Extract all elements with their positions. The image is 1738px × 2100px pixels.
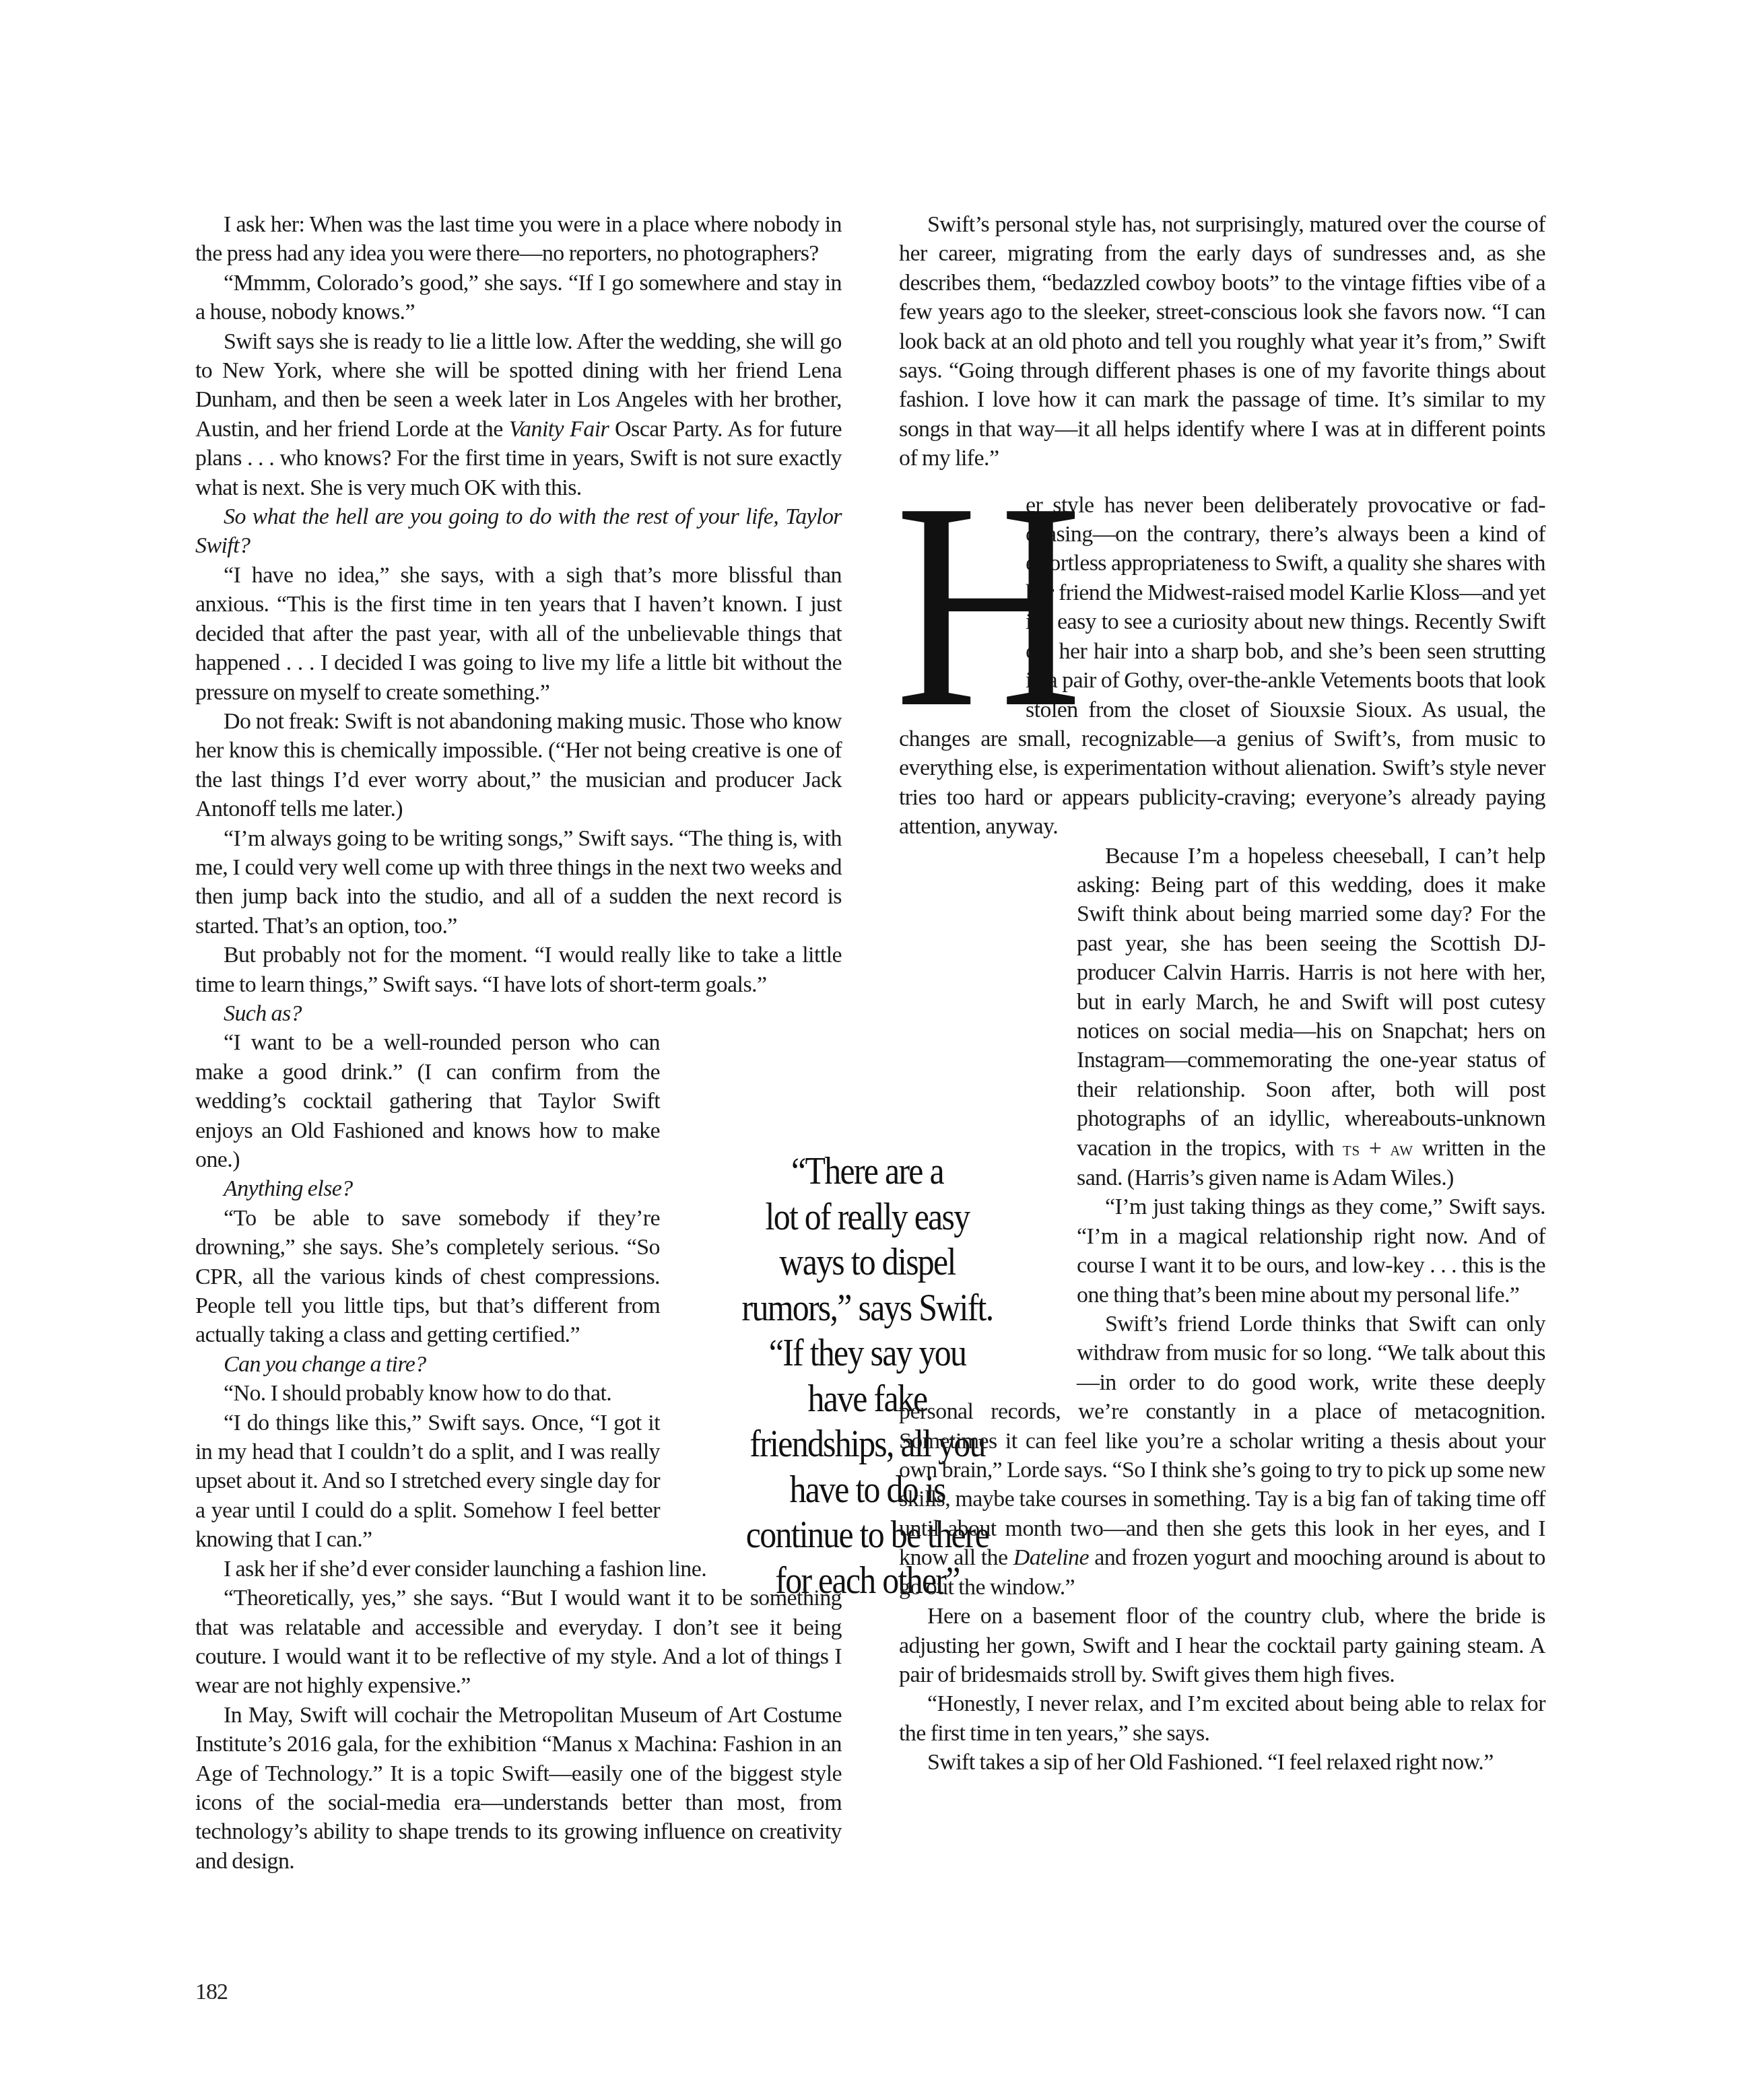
right-article-column: Swift’s personal style has, not surprisi… (899, 210, 1545, 1777)
drop-cap-paragraph: Her style has never been deliberately pr… (899, 491, 1545, 842)
paragraph: Do not freak: Swift is not abandoning ma… (195, 707, 842, 824)
closing-paragraph: Swift takes a sip of her Old Fashioned. … (899, 1748, 1545, 1777)
drop-cap-letter: H (895, 495, 1003, 722)
interviewer-question: Such as? (195, 999, 842, 1028)
paragraph: In May, Swift will cochair the Metropoli… (195, 1701, 842, 1876)
left-article-column: I ask her: When was the last time you we… (195, 210, 842, 1876)
interviewer-question: So what the hell are you going to do wit… (195, 502, 842, 561)
paragraph: “Mmmm, Colorado’s good,” she says. “If I… (195, 269, 842, 327)
paragraph: But probably not for the moment. “I woul… (195, 941, 842, 999)
paragraph: “I have no idea,” she says, with a sigh … (195, 561, 842, 707)
show-title: Dateline (1013, 1545, 1089, 1570)
initials: ts (1343, 1137, 1360, 1160)
publication-title: Vanity Fair (509, 417, 609, 442)
paragraph: Swift’s personal style has, not surprisi… (899, 210, 1545, 473)
pull-quote-spacer (899, 929, 1073, 1374)
page-number: 182 (195, 1979, 228, 2005)
initials: aw (1390, 1137, 1413, 1160)
paragraph: Because I’m a hopeless cheeseball, I can… (899, 842, 1545, 1193)
paragraph: Here on a basement floor of the country … (899, 1602, 1545, 1689)
paragraph: I ask her: When was the last time you we… (195, 210, 842, 269)
paragraph: “I’m always going to be writing songs,” … (195, 824, 842, 941)
paragraph: “Honestly, I never relax, and I’m excite… (899, 1689, 1545, 1748)
paragraph: Swift says she is ready to lie a little … (195, 327, 842, 502)
